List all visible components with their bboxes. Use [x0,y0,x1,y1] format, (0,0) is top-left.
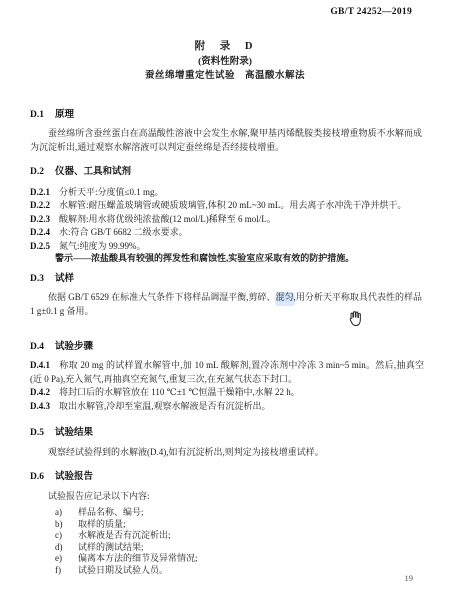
grab-hand-cursor-icon [347,309,363,327]
clause-row: D.2.4水:符合 GB/T 6682 二级水要求。 [30,226,424,239]
section-title: 试样 [55,274,74,284]
section-number: D.6 [30,472,44,482]
clause-number: D.2.2 [30,200,50,210]
section-number: D.2 [30,167,44,177]
section-number: D.3 [30,274,44,284]
paragraph-d1: 蚕丝绵所含蚕丝蛋白在高温酸性溶液中会发生水解,聚甲基丙烯酰胺类接枝增重物质不水解… [30,127,422,154]
clause-list-d4: D.4.1称取 20 mg 的试样置水解管中,加 10 mL 酸解剂,置冷冻剂中… [30,359,424,413]
list-marker: e) [55,553,78,565]
document-page[interactable]: GB/T 24252—2019 附 录 D (资料性附录) 蚕丝绵增重定性试验 … [0,0,450,609]
appendix-note: (资料性附录) [0,53,450,67]
paragraph-d6-intro: 试验报告应记录以下内容: [30,490,422,504]
section-number: D.5 [30,428,44,438]
list-item: e)偏离本方法的细节及异常情况; [55,553,415,565]
warning-note: 警示——浓盐酸具有较强的挥发性和腐蚀性,实验室应采取有效的防护措施。 [55,252,425,265]
section-heading-d5: D.5试验结果 [30,424,422,438]
clause-row: D.4.3取出水解管,冷却至室温,观察水解液是否有沉淀析出。 [30,400,424,414]
clause-text: 酸解剂:用水将优级纯浓盐酸(12 mol/L)稀释至 6 mol/L。 [59,214,276,224]
clause-text: 氮气:纯度为 99.99%。 [59,241,146,251]
clause-number: D.4.1 [30,360,50,370]
clause-text: 称取 20 mg 的试样置水解管中,加 10 mL 酸解剂,置冷冻剂中冷冻 3 … [30,360,424,384]
clause-row: D.2.1分析天平:分度值≤0.1 mg。 [30,186,424,199]
list-marker: f) [55,565,78,577]
section-title: 试验报告 [55,472,93,482]
list-item: f)试验日期及试验人员。 [55,565,415,577]
section-heading-d4: D.4试验步骤 [30,338,422,352]
clause-number: D.4.2 [30,387,50,397]
clause-text: 分析天平:分度值≤0.1 mg。 [59,187,163,197]
list-item: d)试样的测试结果; [55,542,415,554]
clause-number: D.2.1 [30,187,50,197]
clause-row: D.2.3酸解剂:用水将优级纯浓盐酸(12 mol/L)稀释至 6 mol/L。 [30,213,424,226]
clause-number: D.2.3 [30,214,50,224]
clause-number: D.2.4 [30,227,50,237]
clause-row: D.4.2将封口后的水解管放在 110 ℃±1 ℃恒温干燥箱中,水解 22 h。 [30,386,424,400]
section-title: 原理 [55,110,74,120]
list-text: 水解液是否有沉淀析出; [78,530,171,542]
section-number: D.1 [30,110,44,120]
list-text: 试样的测试结果; [78,542,144,554]
clause-text: 水解管:耐压螺盖玻璃管或硬质玻璃管,体积 20 mL~30 mL。用去离子水冲洗… [59,200,406,210]
standard-code: GB/T 24252—2019 [330,7,412,17]
list-text: 样品名称、编号; [78,507,144,519]
clause-list-d2: D.2.1分析天平:分度值≤0.1 mg。 D.2.2水解管:耐压螺盖玻璃管或硬… [30,186,424,253]
clause-number: D.2.5 [30,241,50,251]
paragraph-d3: 依据 GB/T 6529 在标准大气条件下将样品调湿平衡,剪碎、混匀,用分析天平… [30,291,422,318]
list-marker: a) [55,507,78,519]
list-item: a)样品名称、编号; [55,507,415,519]
list-text: 取样的质量; [78,519,126,531]
section-heading-d3: D.3试样 [30,270,422,284]
section-title: 试验步骤 [55,342,93,352]
clause-number: D.4.3 [30,401,50,411]
clause-text: 取出水解管,冷却至室温,观察水解液是否有沉淀析出。 [59,401,271,411]
clause-text: 将封口后的水解管放在 110 ℃±1 ℃恒温干燥箱中,水解 22 h。 [59,387,300,397]
list-marker: d) [55,542,78,554]
clause-text: 水:符合 GB/T 6682 二级水要求。 [59,227,188,237]
selected-text[interactable]: 混匀 [276,292,294,302]
list-text: 偏离本方法的细节及异常情况; [78,553,198,565]
section-heading-d6: D.6试验报告 [30,468,422,482]
clause-row: D.2.2水解管:耐压螺盖玻璃管或硬质玻璃管,体积 20 mL~30 mL。用去… [30,199,424,212]
section-heading-d1: D.1原理 [30,106,422,120]
section-number: D.4 [30,342,44,352]
list-text: 试验日期及试验人员。 [78,565,168,577]
section-title: 仪器、工具和试剂 [55,167,131,177]
list-item: b)取样的质量; [55,519,415,531]
report-item-list: a)样品名称、编号; b)取样的质量; c)水解液是否有沉淀析出; d)试样的测… [55,507,415,577]
appendix-label: 附 录 D [0,38,450,53]
list-item: c)水解液是否有沉淀析出; [55,530,415,542]
section-title: 试验结果 [55,428,93,438]
list-marker: c) [55,530,78,542]
paragraph-text: 依据 GB/T 6529 在标准大气条件下将样品调湿平衡,剪碎、 [48,292,276,302]
paragraph-d5: 观察经试验得到的水解液(D.4),如有沉淀析出,则判定为接枝增重试样。 [30,446,422,460]
section-heading-d2: D.2仪器、工具和试剂 [30,163,422,177]
appendix-title: 蚕丝绵增重定性试验 高温酸水解法 [0,67,450,81]
list-marker: b) [55,519,78,531]
clause-row: D.4.1称取 20 mg 的试样置水解管中,加 10 mL 酸解剂,置冷冻剂中… [30,359,424,386]
